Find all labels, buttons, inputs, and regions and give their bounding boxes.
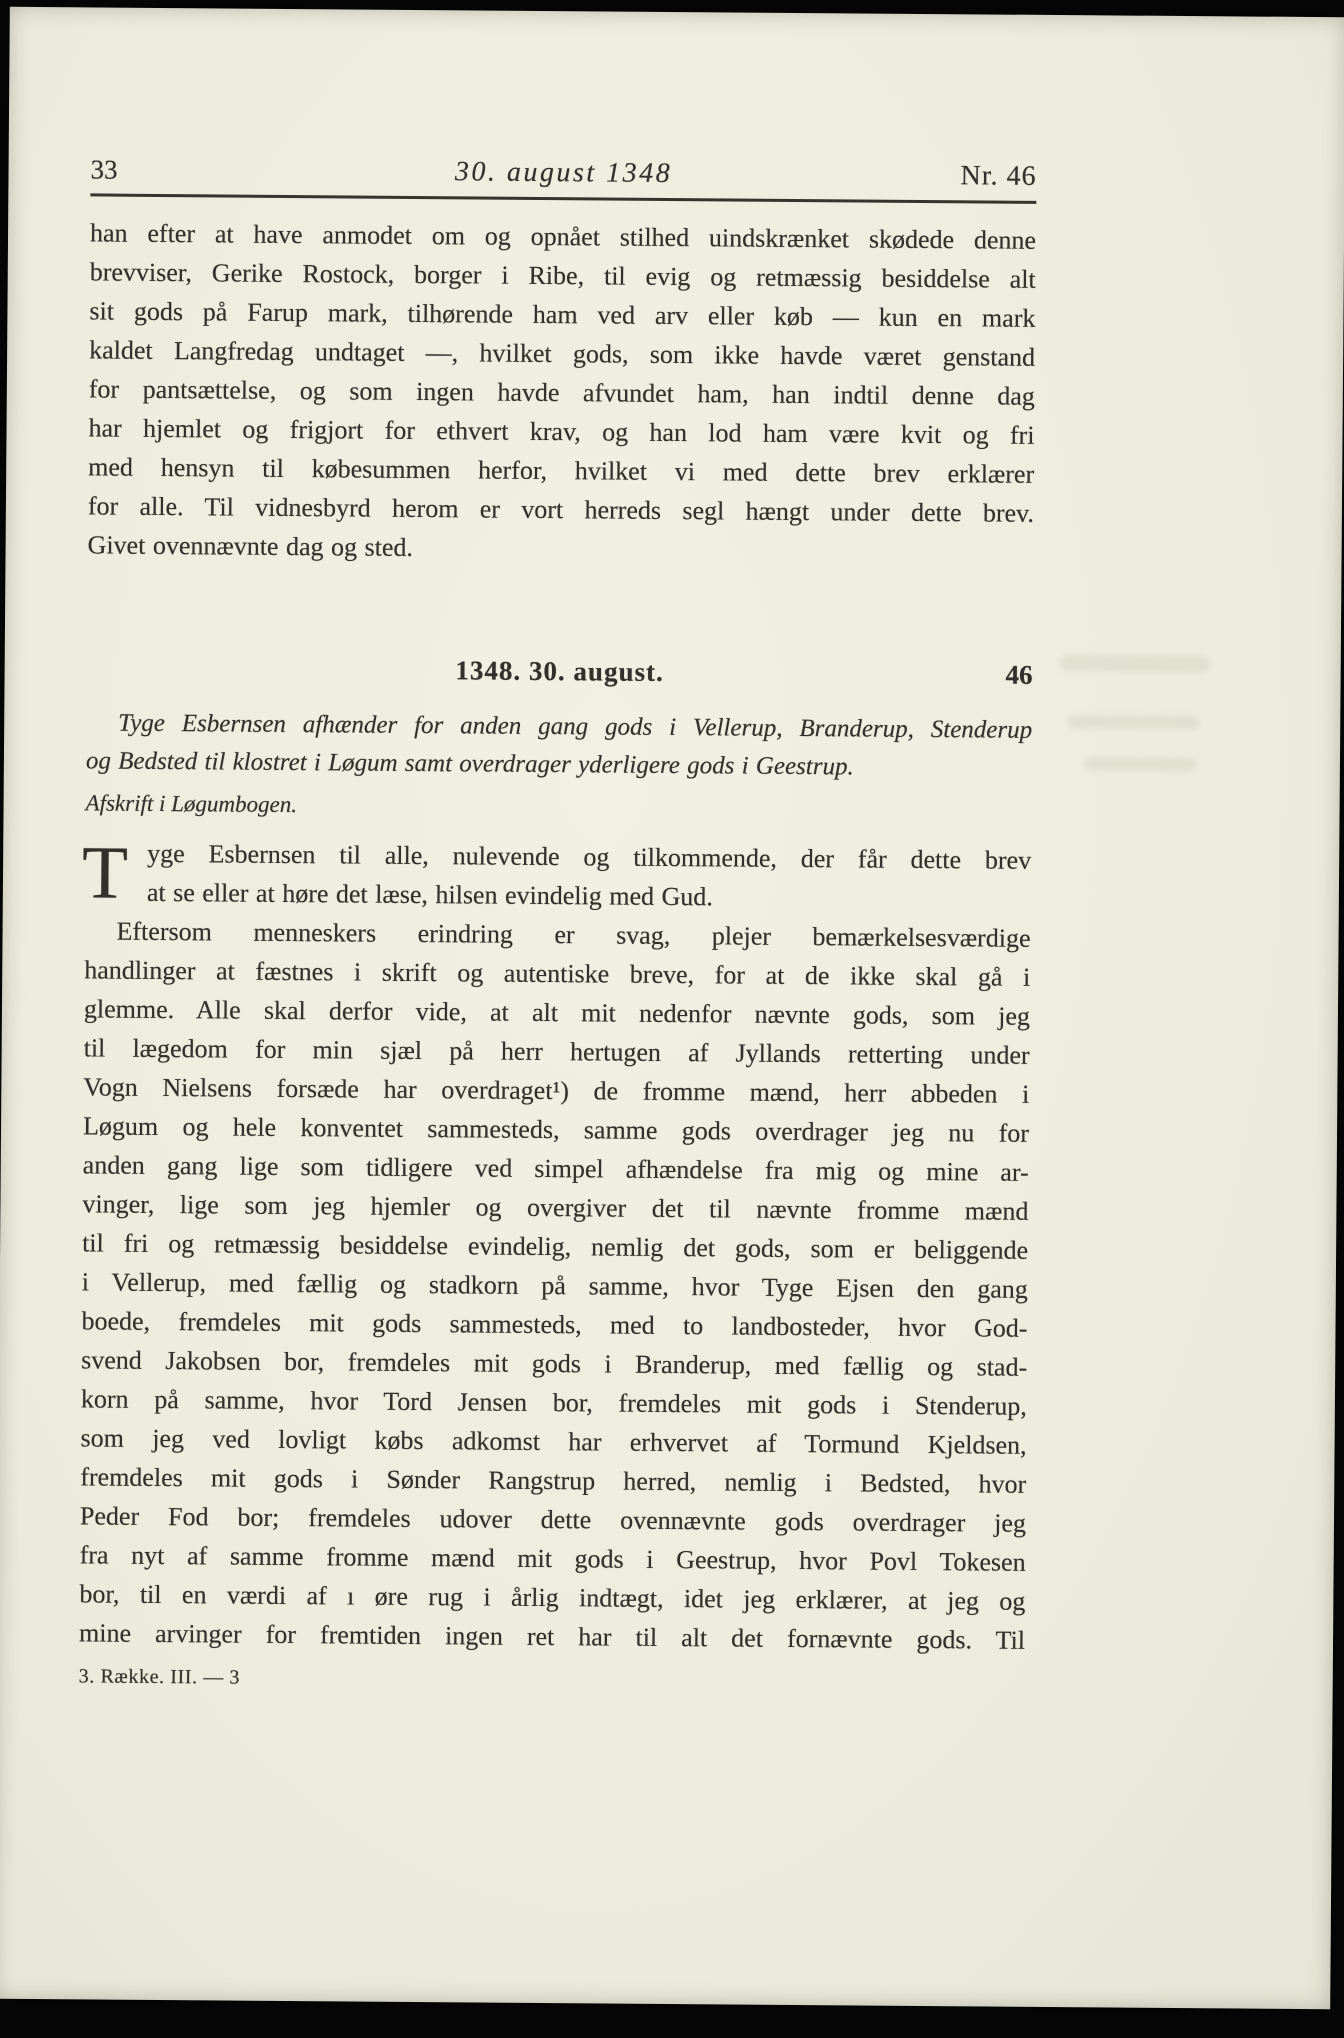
bleed-through-artifact (1084, 757, 1196, 771)
source-note: Afskrift i Løgumbogen. (85, 788, 1031, 825)
entry-body-lines: yge Esbernsen til alle, nulevende og til… (79, 833, 1031, 1659)
document-ref: Nr. 46 (960, 160, 1036, 193)
running-title: 30. august 1348 (455, 156, 672, 190)
continuation-paragraph: han efter at have anmodet om og opnået s… (87, 213, 1036, 571)
text-column: 33 30. august 1348 Nr. 46 han efter at h… (92, 7, 1038, 14)
bleed-through-artifact (1060, 655, 1210, 672)
entry-heading-date: 1348. 30. august. (87, 652, 1033, 690)
header-rule (90, 193, 1036, 203)
entry-heading-number: 46 (1006, 660, 1033, 691)
entry-body: T yge Esbernsen til alle, nulevende og t… (79, 833, 1031, 1659)
running-header: 33 30. august 1348 Nr. 46 (90, 141, 1036, 192)
book-page-scan: 33 30. august 1348 Nr. 46 han efter at h… (0, 7, 1344, 2009)
scan-background: { "colors": { "paper": "#edecdd", "ink":… (0, 0, 1344, 2038)
bleed-through-artifact (1067, 715, 1199, 729)
text-line: og Bedsted til klostret i Løgum samt ove… (86, 742, 1032, 787)
entry-heading: 1348. 30. august. 46 (86, 652, 1032, 695)
footer-signature: 3. Række. III. — 3 (79, 1665, 1025, 1695)
entry-summary: Tyge Esbernsen afhænder for anden gang g… (86, 704, 1033, 787)
drop-cap-initial: T (82, 835, 128, 911)
text-line: mine arvinger for fremtiden ingen ret ha… (79, 1613, 1025, 1659)
text-line: Givet ovennævnte dag og sted. (87, 525, 1033, 571)
page-number: 33 (90, 154, 117, 185)
